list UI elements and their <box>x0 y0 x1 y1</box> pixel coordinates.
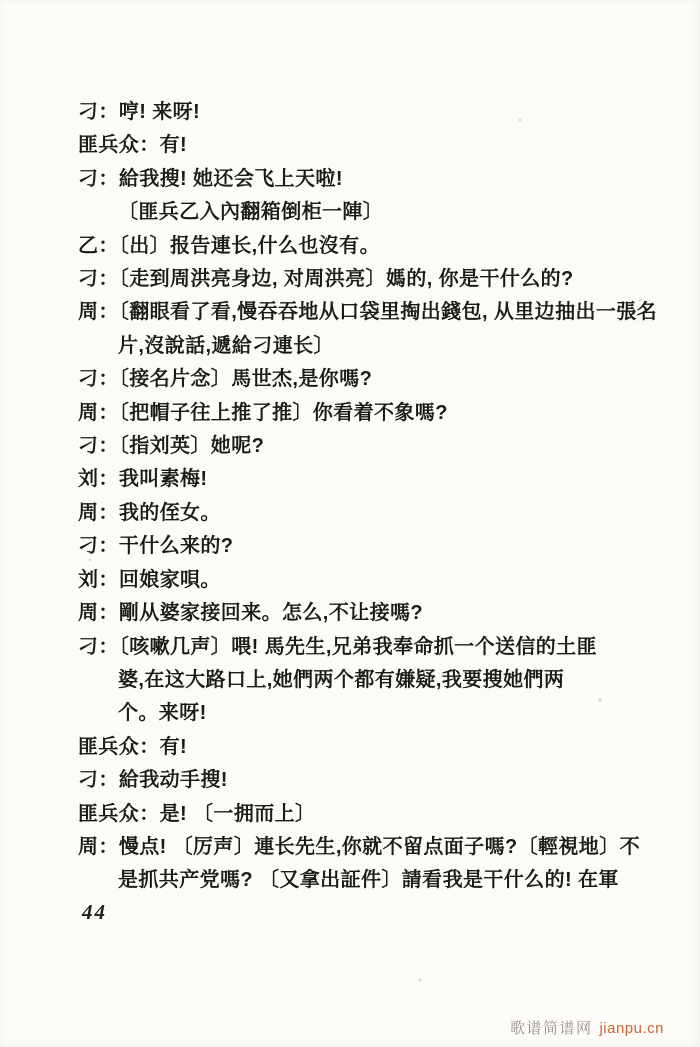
dialogue-line: 是! 〔一拥而上〕 <box>160 803 316 825</box>
dialogue-entry: 刁：〔咳嗽几声〕喂! 馬先生,兄弟我奉命抓一个送信的土匪婆,在这大路口上,她們两… <box>78 631 668 731</box>
dialogue-line: 〔咳嗽几声〕喂! 馬先生,兄弟我奉命抓一个送信的土匪 <box>119 636 597 658</box>
dialogue-line-continued: 是抓共产党嗎? 〔又拿出証件〕請看我是干什么的! 在軍 <box>118 864 668 897</box>
dialogue-entry: 周：剛从婆家接回来。怎么,不让接嗎? <box>78 597 668 630</box>
dialogue-line: 我的侄女。 <box>119 502 221 524</box>
stage-direction-entry: 〔匪兵乙入內翻箱倒柜一陣〕 <box>78 196 668 229</box>
speaker-label: 刘： <box>78 468 119 490</box>
speaker-label: 匪兵众： <box>78 134 160 156</box>
dialogue-line: 剛从婆家接回来。怎么,不让接嗎? <box>119 602 423 624</box>
dialogue-entry: 匪兵众：有! <box>78 129 668 162</box>
dialogue-line-continued: 片,沒說話,遞給刁連长〕 <box>118 330 668 363</box>
speaker-label: 刁： <box>78 268 119 290</box>
speaker-label: 刁： <box>78 168 119 190</box>
speaker-label: 刁： <box>78 535 119 557</box>
dialogue-line: 〔接名片念〕馬世杰,是你嗎? <box>119 368 372 390</box>
watermark-url: jianpu.cn <box>599 1020 664 1037</box>
dialogue-entry: 周：慢点! 〔厉声〕連长先生,你就不留点面子嗎?〔輕視地〕不是抓共产党嗎? 〔又… <box>78 831 668 898</box>
page-number: 44 <box>82 900 107 925</box>
dialogue-line: 〔翻眼看了看,慢吞吞地从口袋里掏出錢包, 从里边抽出一張名 <box>119 301 657 323</box>
dialogue-line: 給我搜! 她还会飞上天啦! <box>119 168 343 190</box>
speaker-label: 匪兵众： <box>78 736 160 758</box>
dialogue-line: 〔出〕报告連长,什么也沒有。 <box>119 235 380 257</box>
dialogue-entry: 刁：干什么来的? <box>78 530 668 563</box>
dialogue-line: 〔把帽子往上推了推〕你看着不象嗎? <box>119 402 448 424</box>
watermark-site-name: 歌谱简谱网 <box>510 1020 593 1037</box>
dialogue-entry: 周：我的侄女。 <box>78 497 668 530</box>
speaker-label: 刁： <box>78 368 119 390</box>
dialogue-line-continued: 婆,在这大路口上,她們两个都有嫌疑,我要搜她們两 <box>118 664 668 697</box>
dialogue-entry: 刘：回娘家唄。 <box>78 564 668 597</box>
dialogue-entry: 周：〔把帽子往上推了推〕你看着不象嗎? <box>78 397 668 430</box>
speaker-label: 刁： <box>78 769 119 791</box>
speaker-label: 刘： <box>78 569 119 591</box>
dialogue-entry: 匪兵众：有! <box>78 731 668 764</box>
dialogue-line: 給我动手搜! <box>119 769 228 791</box>
dialogue-line: 有! <box>160 736 187 758</box>
dialogue-entry: 刁：哼! 来呀! <box>78 96 668 129</box>
dialogue-line: 〔指刘英〕她呢? <box>119 435 264 457</box>
speaker-label: 刁： <box>78 435 119 457</box>
speaker-label: 周： <box>78 402 119 424</box>
dialogue-line: 哼! 来呀! <box>119 101 200 123</box>
dialogue-line: 干什么来的? <box>119 535 234 557</box>
dialogue-line: 有! <box>160 134 187 156</box>
dialogue-line: 〔匪兵乙入內翻箱倒柜一陣〕 <box>118 201 383 223</box>
speaker-label: 周： <box>78 602 119 624</box>
speaker-label: 匪兵众： <box>78 803 160 825</box>
dialogue-entry: 刘：我叫素梅! <box>78 463 668 496</box>
dialogue-entry: 周：〔翻眼看了看,慢吞吞地从口袋里掏出錢包, 从里边抽出一張名片,沒說話,遞給刁… <box>78 296 668 363</box>
speaker-label: 刁： <box>78 101 119 123</box>
book-page-scan: 刁：哼! 来呀! 匪兵众：有! 刁：給我搜! 她还会飞上天啦! 〔匪兵乙入內翻箱… <box>0 0 700 1047</box>
dialogue-entry: 乙：〔出〕报告連长,什么也沒有。 <box>78 230 668 263</box>
dialogue-entry: 刁：給我动手搜! <box>78 764 668 797</box>
dialogue-entry: 刁：〔指刘英〕她呢? <box>78 430 668 463</box>
dialogue-line-continued: 个。来呀! <box>118 697 668 730</box>
dialogue-entry: 匪兵众：是! 〔一拥而上〕 <box>78 798 668 831</box>
dialogue-entry: 刁：〔走到周洪亮身边, 对周洪亮〕媽的, 你是干什么的? <box>78 263 668 296</box>
dialogue-entry: 刁：〔接名片念〕馬世杰,是你嗎? <box>78 363 668 396</box>
dialogue-line: 我叫素梅! <box>119 468 208 490</box>
dialogue-line: 回娘家唄。 <box>119 569 221 591</box>
speaker-label: 刁： <box>78 636 119 658</box>
dialogue-line: 〔走到周洪亮身边, 对周洪亮〕媽的, 你是干什么的? <box>119 268 574 290</box>
watermark: 歌谱简谱网jianpu.cn <box>510 1017 664 1038</box>
speaker-label: 周： <box>78 301 119 323</box>
dialogue-entry: 刁：給我搜! 她还会飞上天啦! <box>78 163 668 196</box>
dialogue-line: 慢点! 〔厉声〕連长先生,你就不留点面子嗎?〔輕視地〕不 <box>119 836 640 858</box>
speaker-label: 周： <box>78 502 119 524</box>
speaker-label: 周： <box>78 836 119 858</box>
script-dialogue: 刁：哼! 来呀! 匪兵众：有! 刁：給我搜! 她还会飞上天啦! 〔匪兵乙入內翻箱… <box>78 96 668 898</box>
speaker-label: 乙： <box>78 235 119 257</box>
